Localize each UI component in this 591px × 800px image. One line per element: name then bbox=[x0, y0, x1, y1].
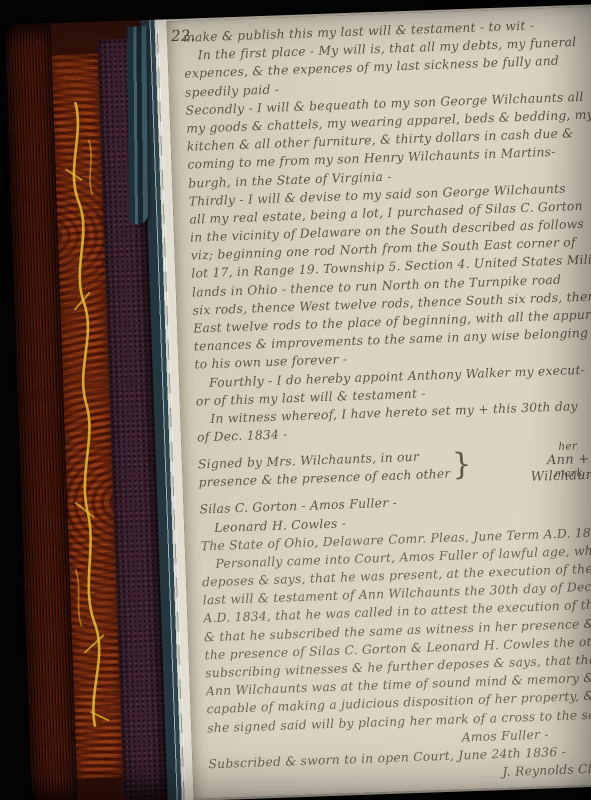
brace-glyph: } bbox=[452, 447, 473, 483]
testatrix-mark-signature: her Ann + Wilchaunts mark bbox=[511, 440, 591, 482]
attestation-clause: Signed by Mrs. Wilchaunts, in our presen… bbox=[198, 447, 451, 492]
photo-background: 22. make & publish this my last will & t… bbox=[0, 0, 591, 800]
manuscript-page: 22. make & publish this my last will & t… bbox=[166, 4, 591, 800]
ledger-book: 22. make & publish this my last will & t… bbox=[5, 4, 591, 800]
probate-section: The State of Ohio, Delaware Comr. Pleas,… bbox=[201, 522, 591, 791]
page-number: 22. bbox=[171, 26, 196, 45]
stacked-page-edges-top bbox=[127, 26, 148, 225]
will-section: make & publish this my last will & testa… bbox=[183, 14, 591, 447]
